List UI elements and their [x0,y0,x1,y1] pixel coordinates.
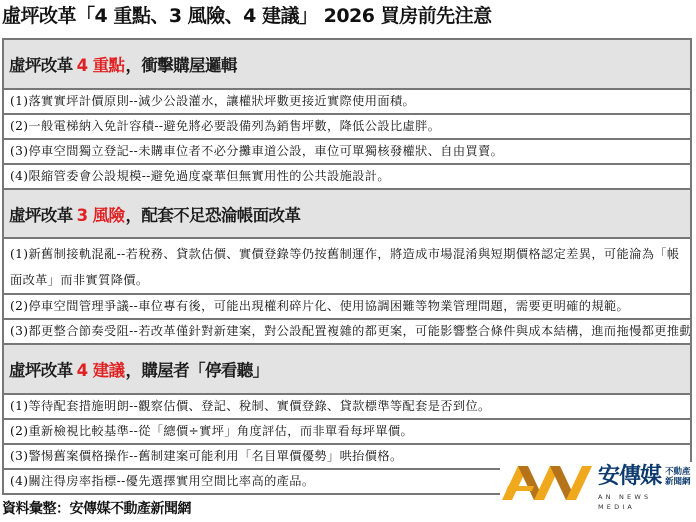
section-suffix: ，購屋者「停看聽」 [125,357,268,381]
section-accent: 4 重點 [77,52,125,76]
table-row: (1)落實實坪計價原則--減少公設灌水，讓權狀坪數更接近實際使用面積。 [4,90,690,115]
page-title: 虛坪改革「4 重點、3 風險、4 建議」 2026 買房前先注意 [2,2,692,30]
table-row: (1)新舊制接軌混亂--若稅務、貸款估價、實價登錄等仍按舊制運作，將造成市場混淆… [4,239,690,295]
brand-logo: 安傳媒 不動產 新聞網 AN NEWS MEDIA [500,462,692,512]
table-row: (2)停車空間管理爭議--車位專有後，可能出現權利碎片化、使用協調困難等物業管理… [4,295,690,320]
table-row: (3)都更整合節奏受阻--若改革僅針對新建案，對公設配置複雜的都更案，可能影響整… [4,320,690,345]
table-row: (2)重新檢視比較基準--從「總價÷實坪」角度評估，而非單看每坪單價。 [4,420,690,445]
table-row: (2)一般電梯納入免計容積--避免將必要設備列為銷售坪數，降低公設比虛胖。 [4,115,690,140]
section-accent: 3 風險 [77,202,125,226]
section-header-suggestions: 虛坪改革 4 建議 ，購屋者「停看聽」 [4,345,690,395]
logo-english: AN NEWS MEDIA [598,492,692,512]
logo-subtitle: 不動產 新聞網 [665,467,691,487]
section-prefix: 虛坪改革 [9,202,73,226]
table-row: (4)限縮管委會公設規模--避免過度豪華但無實用性的公共設施設計。 [4,165,690,190]
section-prefix: 虛坪改革 [9,52,73,76]
logo-subtitle-line2: 新聞網 [665,477,691,487]
section-header-risks: 虛坪改革 3 風險 ，配套不足恐淪帳面改革 [4,190,690,239]
table-row: (3)停車空間獨立登記--未購車位者不必分攤車道公設，車位可單獨核發權狀、自由買… [4,140,690,165]
table-row: (1)等待配套措施明朗--觀察估價、登記、稅制、實價登錄、貸款標準等配套是否到位… [4,395,690,420]
section-accent: 4 建議 [77,357,125,381]
an-monogram-icon [500,462,596,502]
section-suffix: ，配套不足恐淪帳面改革 [125,202,300,226]
section-header-key-points: 虛坪改革 4 重點 ，衝擊購屋邏輯 [4,40,690,90]
reform-table: 虛坪改革 4 重點 ，衝擊購屋邏輯 (1)落實實坪計價原則--減少公設灌水，讓權… [2,38,692,495]
logo-brand-name: 安傳媒 [598,462,661,492]
section-prefix: 虛坪改革 [9,357,73,381]
section-suffix: ，衝擊購屋邏輯 [125,52,236,76]
logo-subtitle-line1: 不動產 [665,467,691,477]
logo-text: 安傳媒 不動產 新聞網 AN NEWS MEDIA [598,462,692,512]
source-credit: 資料彙整：安傳媒不動產新聞網 [2,498,191,520]
